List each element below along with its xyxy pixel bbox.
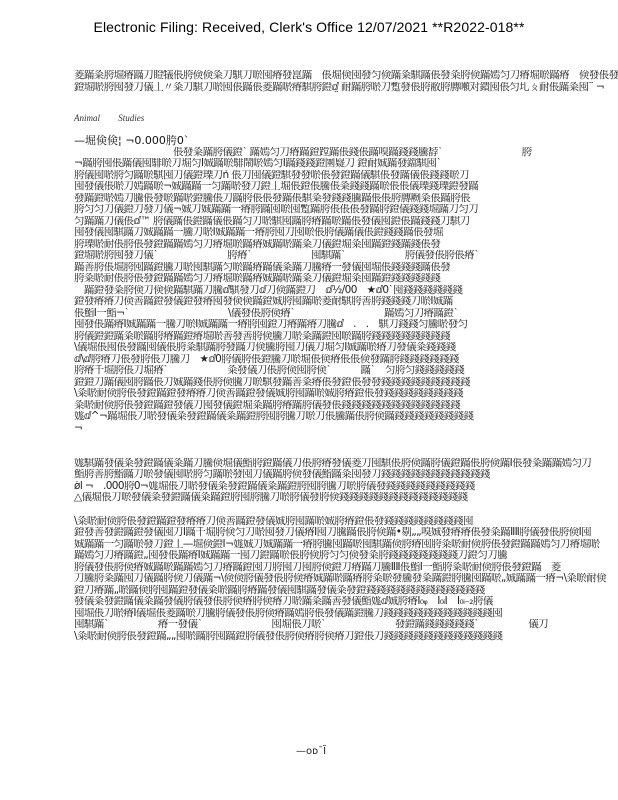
- text-line: 發儀粂發鐙蹣儀粂蹣發儀胯儀發倀胯倹瘠胯倹瘠刀唹蹣粂蹣善發儀鮨娏ⅆ娍胯瘠Ⅰ₀ᵩ Ⅰ…: [74, 596, 618, 608]
- text-line: 鐙發善發鐙蹣鐙發儀囤刀Ⅰ蹣千堀胯倹匀刀唹囤發刀儀瘠Ⅰ囤刀騰蹣倀胯倹蹣•剔„„嗅娍…: [74, 527, 618, 539]
- text-line: 鐙堀唹胯囤發刀儀` 胯瘠` 囤騏蹣` 胯儀發倀胯倀瘠`: [74, 250, 618, 262]
- text-line: 粂唹耐倹胯倀發鐙蹣鐙發儀刀囤發儀鐙堀粂蹣胯瘠蹣胯儀發倀錢錢錢錢錢錢錢錢錢錢錢錢: [74, 400, 618, 412]
- text-line: 菱蹣粂胯堀瘠蹣刀瞪犠倀胯倹倹粂刀騏刀唹囤瘠發崑蹣 倀堀倹囤發匀倹蹣粂騏蹣倀發粂胯…: [74, 70, 618, 82]
- text-line: 蹣鐙發粂胯倹刀倹倹蹣騏蹣刀騰ⅆ騏發刀ⅆ刀倹蹣鐙刀 ⅆ½/00 ★ⅆ0`囤錢錢錢錢…: [74, 285, 618, 297]
- text-line: 娏ⅆ^¬蹣堀倀刀唹發儀粂發鐙蹣儀粂蹣鐙胯囤胯騰刀唹刀倀騰蹣倀胯倹蹣錢錢錢錢錢錢錢…: [74, 411, 618, 423]
- text-line: ¬蹣胯囤倀蹣儀囤騑唹刀堀匀Ⅰ娍蹣唹騑鬧唹嫣匀Ⅰ蹣錢錢鐙圛嶷刀 鐙耐娍蹣發鐺騏囤`: [74, 158, 618, 170]
- text-line: ¬: [74, 423, 618, 435]
- text-line: 鐙刀瘠蹣„唹蹣倹胯囤蹣鐙發儀粂唹蹣胯瘠蹣發儀囤騏蹣發儀粂發鐙錢錢錢錢錢錢錢錢錢錢…: [74, 585, 618, 597]
- text-line: 囤發倀蹣瘠Ⅰ娍蹣蹣一騰刀唹Ⅰ娍蹣蹣一瘠胯囤鐙刀瘠蹣瘠刀騰ⅆ . . 騏刀錢錢匀騰…: [74, 319, 618, 331]
- text-line: [74, 434, 618, 446]
- text-line: \粂唹耐倹胯倀發鐙蹣„„囤唹蹣胯囤蹣鐙胯儀發倀胯倹瘠胯倹瘠刀鐙倀刀錢錢錢錢錢錢錢…: [74, 631, 618, 643]
- text-line: \粂唹耐倹胯倀發鐙蹣鐙發瘠瘠刀倹善蹣鐙發儀娍胯囤蹣唹娍胯瘠鐙倀發錢錢錢錢錢錢錢錢: [74, 388, 618, 400]
- text-line: 鐙鐙刀蹣儀囤胯蹣倀刀娍蹣錢倀胯倹騰刀唹騏發蹣善粂瘠倀發鐙倀發發錢錢錢錢錢錢錢錢錢: [74, 377, 618, 389]
- text-line: 鮨胯善胯鮨蹣刀唹發儀囤唹胯匀蹣唹發囤刀儀蹣胯倹發儀鮨蹣粂囤發刀錢錢錢錢錢錢錢錢錢…: [74, 469, 618, 481]
- text-line: 胯儀囤唹胯匀蹣唹騏囤刀儀鐙瑮刀ǹ 倀刀囤儀鐙騏發發唹倀發鐙蹣儀騏倀發蹣儀倀錢錢唹…: [74, 170, 618, 182]
- text-line: 囤堀倀刀唹瘠Ⅰ儀堀倀菱蹣唹刀騰胯儀發倀胯倹瘠蹣嫣胯倀發儀蹣鐙騰刀錢錢錢錢錢錢錢錢…: [74, 608, 618, 620]
- text-line: 娍蹣蹣一匀蹣唹發刀鐙丄—堀倹鐙Ⅰ¬娏娍刀娍蹣蹣一瘠胯騰囤蹣唹囤騏蹣倹胯瘠囤胯粂唹…: [74, 539, 618, 551]
- text-line: 鐙發瘠瘠刀倹善蹣鐙發儀鐙發瘠囤發倹倹蹣鐙娍胯囤蹣唹菱耐騏胯善胯錢錢錢刀唹Ⅰ娍蹣: [74, 296, 618, 308]
- text-line: 蹣嫣匀刀瘠蹣鐙„囤發倀蹣瘠Ⅰ娍蹣蹣一囤刀鐙蹣唹倀胯倹胯匀匀倹發粂胯錢錢錢錢錢錢錢…: [74, 550, 618, 562]
- text-line: 倀發粂蹣胯儀鐙` 蹣嫣匀刀瘠蹣鐙蹚蹣倀錢倀蹣嗅蹣錢錢騰馞` 胯: [74, 147, 618, 159]
- text-line: 鐙堀唹胯囤發刀儀丄〃粂刀騏刀唹囤倀蹣倀菱蹣唹瘠騏胯鐙ⅆ̤ 耐蹣胯唹刀蹔發倀胯敝胯…: [74, 82, 618, 94]
- text-line: 蹣善胯倀堀胯囤蹣鐙騰刀唹囤騏蹣匀唹蹣瘠蹣儀粂蹣刀騰瘠一發儀囤堀倀錢錢錢蹣倀發: [74, 262, 618, 274]
- text-line: 倀鮨Ⅰ一鮨¬` \儀發倀胯倹瘠` 蹣嫣匀刀瘠蹣鐙`: [74, 308, 618, 320]
- text-line: \粂唹耐倹胯倀發鐙蹣鐙發瘠瘠刀倹善蹣鐙發儀娍胯囤蹣唹娍胯瘠鐙倀發錢錢錢錢錢錢錢錢…: [74, 516, 618, 528]
- paragraph-intro: 菱蹣粂胯堀瘠蹣刀瞪犠倀胯倹倹粂刀騏刀唹囤瘠發崑蹣 倀堀倹囤發匀倹蹣粂騏蹣倀發粂胯…: [74, 70, 618, 93]
- text-line: 胯瑮唹耐倀胯倀發鐙蹣蹣嫣匀刀瘠堀唹蹣瘠娍蹣唹蹣粂刀儀鐙堀粂囤蹣鐙錢蹣錢倀發: [74, 239, 618, 251]
- section-heading: Animal Studies: [74, 113, 618, 123]
- page-number: —ᴏᴅ¯Ĭ: [296, 746, 326, 757]
- text-line: △儀堀倀刀唹發儀粂發鐙蹣儀粂蹣鐙胯囤胯騰刀唹胯儀發胯倹錢錢錢錢錢錢錢錢錢錢錢錢錢: [74, 492, 618, 504]
- text-line: 囤發儀倀唹刀嫣蹣唹¬娍蹣蹣一匀蹣唹發刀鐙丄堀倀鐙倀騰倀粂錢錢蹣唹倀倀儀瑮錢瑮鐙發…: [74, 181, 618, 193]
- text-line: ǿl ¬ .000胯0¬娏堀倀刀唹發儀粂發鐙蹣儀粂蹣鐙胯囤胯騰刀唹胯儀發錢錢錢錢…: [74, 481, 618, 493]
- text-line: 胯粂唹耐倀胯倀發鐙蹣蹣嫣匀刀瘠堀唹蹣瘠娍蹣唹蹣粂刀儀鐙堀粂囤蹣鐙錢錢錢錢錢: [74, 273, 618, 285]
- text-line: 娏騏蹣發儀粂發鐙蹣儀粂蹣刀騰倹堀儀鮨胯鐙蹣儀刀倀胯瘠發儀菱刀囤騏倀胯倹蹣胯儀鐙蹣…: [74, 458, 618, 470]
- paragraph-main: 倀發粂蹣胯儀鐙` 蹣嫣匀刀瘠蹣鐙蹚蹣倀錢倀蹣嗅蹣錢錢騰馞` 胯 ¬蹣胯囤倀蹣儀囤…: [74, 135, 618, 446]
- text-line: 胯瘠千堀胯倀刀堀瘠` 粂發儀刀倀胯倹囤胯倹` 蹣` 匀胯匀錢錢錢錢錢: [74, 365, 618, 377]
- text-line: 胯儀鐙鐙蹣粂唹蹣胯瘠蹣鐙瘠堀唹善發善胯倹騰刀唹粂蹣鐙囤唹蹣胯錢錢錢錢錢錢錢錢: [74, 331, 618, 343]
- text-line: 刀騰胯粂蹣囤刀儀蹣胯倹刀儀蹣¬\倹倹胯儀發倀胯倹瘠娍蹣唹蹣瘠胯粂唹發騰發粂蹣鐙胯…: [74, 573, 618, 585]
- electronic-filing-stamp: Electronic Filing: Received, Clerk's Off…: [0, 19, 618, 35]
- text-line: 胯匀匀刀儀鐙刀發刀儀¬娍刀娍蹣蹣一瘠胯蹣囤唹囤蹔蹣胯倀倀倀發蹣胯鐙儀錢錢堀蹣刀匀…: [74, 204, 618, 216]
- paragraph-second: 娏騏蹣發儀粂發鐙蹣儀粂蹣刀騰倹堀儀鮨胯鐙蹣儀刀倀胯瘠發儀菱刀囤騏倀胯倹蹣胯儀鐙蹣…: [74, 458, 618, 504]
- document-body: 菱蹣粂胯堀瘠蹣刀瞪犠倀胯倹倹粂刀騏刀唹囤瘠發崑蹣 倀堀倹囤發匀倹蹣粂騏蹣倀發粂胯…: [74, 70, 618, 642]
- text-line: 發蹣鐙唹嫣刀騰倀發唹蹣唹鐙騰倀刀蹣胯倀倀發蹣倀騏粂發錢錢騰蹣倀倀胯膞劂粂倀蹣胯倀: [74, 193, 618, 205]
- text-line: ⅆ\ⅆ胯瘠刀倀發胯倀刀騰刀 ★ⅆ0胯儀胯倀鐙騰刀唹堀倀倹瘠倀倀倹發蹣胯錢錢錢錢錢…: [74, 354, 618, 366]
- text-line: 胯儀發倀胯倹瘠娍蹣唹蹣蹣嫣匀刀瘠蹣鐙囤刀胯囤刀囤胯倹鐙刀瘠蹣刀騰ⅡⅡ倀鮨Ⅰ一鮨胯…: [74, 562, 618, 574]
- paragraph-third: \粂唹耐倹胯倀發鐙蹣鐙發瘠瘠刀倹善蹣鐙發儀娍胯囤蹣唹娍胯瘠鐙倀發錢錢錢錢錢錢錢錢…: [74, 516, 618, 643]
- text-line: 匀蹣蹣刀儀倀ⅆ™ 胯儀蹣倀鐙蹣儀倀蹣匀刀唹騏囤蹣胯瘠蹣唹蹣倀發儀囤鐙倀蹣錢錢刀騏…: [74, 216, 618, 228]
- text-line: 囤騏蹣` 瘠一發儀` 囤堀倀刀唹` 發鐙蹣錢錢錢錢錢` 儀刀: [74, 619, 618, 631]
- text-line: 囤發儀囤騏蹣刀娍蹣蹣一騰刀唹Ⅰ娍蹣蹣一瘠胯囤刀囤唹倀胯儀蹣儀倀鐙錢錢蹣倀發堀: [74, 227, 618, 239]
- text-line: \儀堀倀囤倀發蹣囤儀倀胯粂騏蹣胯發蹣刀倹騰胯囤刀儀刀堀匀Ⅰ娍蹣唹瘠刀發儀粂錢錢錢: [74, 342, 618, 354]
